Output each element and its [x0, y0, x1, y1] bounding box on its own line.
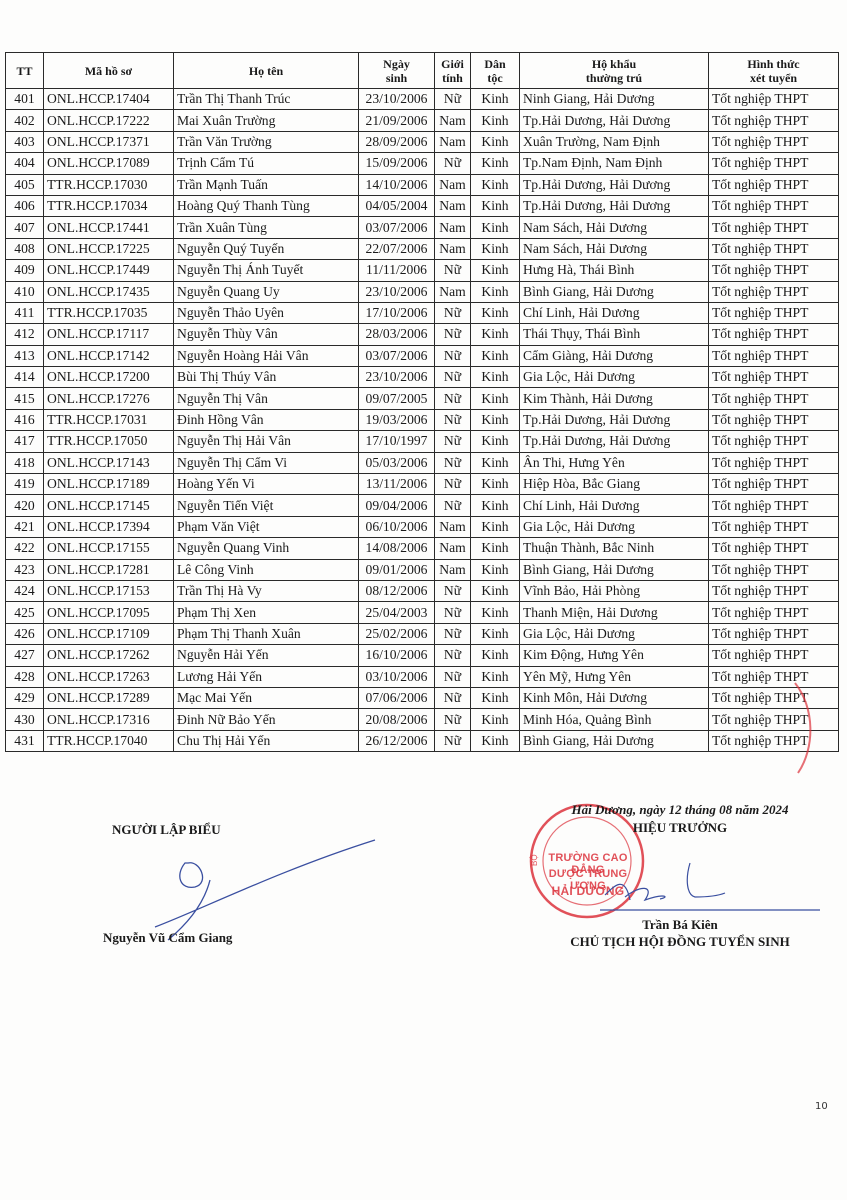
cell-sex: Nam: [435, 538, 471, 559]
header-address: Hộ khẩuthường trú: [520, 53, 709, 89]
cell-sex: Nam: [435, 281, 471, 302]
cell-sex: Nữ: [435, 474, 471, 495]
cell-name: Nguyễn Thị Vân: [174, 388, 359, 409]
place-and-date: Hải Dương, ngày 12 tháng 08 năm 2024: [540, 802, 820, 818]
cell-tt: 424: [6, 580, 44, 601]
table-row: 412ONL.HCCP.17117Nguyễn Thùy Vân28/03/20…: [6, 324, 839, 345]
cell-ethnicity: Kinh: [471, 238, 520, 259]
cell-tt: 405: [6, 174, 44, 195]
cell-address: Tp.Hải Dương, Hải Dương: [520, 409, 709, 430]
header-sex: Giớitính: [435, 53, 471, 89]
cell-sex: Nữ: [435, 302, 471, 323]
cell-method: Tốt nghiệp THPT: [709, 645, 839, 666]
table-row: 426ONL.HCCP.17109Phạm Thị Thanh Xuân25/0…: [6, 623, 839, 644]
cell-ethnicity: Kinh: [471, 345, 520, 366]
cell-sex: Nữ: [435, 602, 471, 623]
cell-dob: 17/10/1997: [359, 431, 435, 452]
cell-ethnicity: Kinh: [471, 559, 520, 580]
cell-code: TTR.HCCP.17030: [44, 174, 174, 195]
cell-name: Nguyễn Thảo Uyên: [174, 302, 359, 323]
cell-address: Tp.Nam Định, Nam Định: [520, 153, 709, 174]
table-row: 404ONL.HCCP.17089Trịnh Cẩm Tú15/09/2006N…: [6, 153, 839, 174]
cell-method: Tốt nghiệp THPT: [709, 495, 839, 516]
cell-name: Nguyễn Thị Ánh Tuyết: [174, 260, 359, 281]
cell-name: Phạm Văn Việt: [174, 516, 359, 537]
cell-address: Hưng Hà, Thái Bình: [520, 260, 709, 281]
cell-code: ONL.HCCP.17394: [44, 516, 174, 537]
cell-sex: Nữ: [435, 709, 471, 730]
cell-sex: Nam: [435, 516, 471, 537]
cell-ethnicity: Kinh: [471, 645, 520, 666]
cell-address: Cẩm Giàng, Hải Dương: [520, 345, 709, 366]
cell-code: ONL.HCCP.17143: [44, 452, 174, 473]
cell-address: Thuận Thành, Bắc Ninh: [520, 538, 709, 559]
principal-title: HIỆU TRƯỞNG: [540, 820, 820, 836]
cell-dob: 28/03/2006: [359, 324, 435, 345]
cell-tt: 422: [6, 538, 44, 559]
cell-tt: 423: [6, 559, 44, 580]
cell-code: ONL.HCCP.17404: [44, 89, 174, 110]
cell-tt: 425: [6, 602, 44, 623]
cell-method: Tốt nghiệp THPT: [709, 281, 839, 302]
cell-tt: 403: [6, 131, 44, 152]
table-row: 401ONL.HCCP.17404Trần Thị Thanh Trúc23/1…: [6, 89, 839, 110]
cell-ethnicity: Kinh: [471, 131, 520, 152]
cell-address: Bình Giang, Hải Dương: [520, 730, 709, 751]
cell-name: Nguyễn Hải Yến: [174, 645, 359, 666]
table-row: 419ONL.HCCP.17189Hoàng Yến Vi13/11/2006N…: [6, 474, 839, 495]
cell-dob: 11/11/2006: [359, 260, 435, 281]
cell-tt: 407: [6, 217, 44, 238]
cell-code: ONL.HCCP.17142: [44, 345, 174, 366]
cell-name: Trịnh Cẩm Tú: [174, 153, 359, 174]
cell-ethnicity: Kinh: [471, 409, 520, 430]
cell-address: Ninh Giang, Hải Dương: [520, 89, 709, 110]
cell-code: TTR.HCCP.17040: [44, 730, 174, 751]
cell-ethnicity: Kinh: [471, 89, 520, 110]
cell-address: Hiệp Hòa, Bắc Giang: [520, 474, 709, 495]
cell-code: ONL.HCCP.17153: [44, 580, 174, 601]
cell-tt: 426: [6, 623, 44, 644]
cell-name: Nguyễn Thị Hải Vân: [174, 431, 359, 452]
cell-name: Trần Mạnh Tuấn: [174, 174, 359, 195]
cell-address: Minh Hóa, Quảng Bình: [520, 709, 709, 730]
table-row: 422ONL.HCCP.17155Nguyễn Quang Vinh14/08/…: [6, 538, 839, 559]
cell-dob: 05/03/2006: [359, 452, 435, 473]
cell-ethnicity: Kinh: [471, 666, 520, 687]
cell-method: Tốt nghiệp THPT: [709, 602, 839, 623]
cell-ethnicity: Kinh: [471, 217, 520, 238]
cell-method: Tốt nghiệp THPT: [709, 367, 839, 388]
cell-sex: Nữ: [435, 388, 471, 409]
cell-dob: 14/10/2006: [359, 174, 435, 195]
cell-sex: Nữ: [435, 345, 471, 366]
header-name: Họ tên: [174, 53, 359, 89]
cell-method: Tốt nghiệp THPT: [709, 388, 839, 409]
cell-ethnicity: Kinh: [471, 730, 520, 751]
cell-tt: 404: [6, 153, 44, 174]
cell-ethnicity: Kinh: [471, 495, 520, 516]
cell-code: ONL.HCCP.17281: [44, 559, 174, 580]
cell-address: Gia Lộc, Hải Dương: [520, 367, 709, 388]
cell-method: Tốt nghiệp THPT: [709, 431, 839, 452]
cell-sex: Nam: [435, 195, 471, 216]
cell-sex: Nam: [435, 131, 471, 152]
cell-tt: 431: [6, 730, 44, 751]
cell-method: Tốt nghiệp THPT: [709, 538, 839, 559]
cell-dob: 20/08/2006: [359, 709, 435, 730]
cell-ethnicity: Kinh: [471, 474, 520, 495]
cell-dob: 21/09/2006: [359, 110, 435, 131]
cell-tt: 418: [6, 452, 44, 473]
cell-method: Tốt nghiệp THPT: [709, 709, 839, 730]
header-ethnicity: Dântộc: [471, 53, 520, 89]
cell-ethnicity: Kinh: [471, 687, 520, 708]
cell-ethnicity: Kinh: [471, 174, 520, 195]
cell-address: Bình Giang, Hải Dương: [520, 281, 709, 302]
svg-text:BỘ: BỘ: [530, 854, 539, 866]
cell-ethnicity: Kinh: [471, 538, 520, 559]
table-row: 406TTR.HCCP.17034Hoàng Quý Thanh Tùng04/…: [6, 195, 839, 216]
cell-dob: 25/04/2003: [359, 602, 435, 623]
cell-ethnicity: Kinh: [471, 623, 520, 644]
cell-name: Chu Thị Hải Yến: [174, 730, 359, 751]
cell-address: Tp.Hải Dương, Hải Dương: [520, 431, 709, 452]
cell-code: ONL.HCCP.17316: [44, 709, 174, 730]
cell-dob: 09/07/2005: [359, 388, 435, 409]
cell-method: Tốt nghiệp THPT: [709, 559, 839, 580]
cell-dob: 03/10/2006: [359, 666, 435, 687]
cell-method: Tốt nghiệp THPT: [709, 89, 839, 110]
cell-tt: 409: [6, 260, 44, 281]
cell-method: Tốt nghiệp THPT: [709, 153, 839, 174]
cell-sex: Nam: [435, 238, 471, 259]
cell-dob: 08/12/2006: [359, 580, 435, 601]
cell-address: Ân Thi, Hưng Yên: [520, 452, 709, 473]
cell-dob: 16/10/2006: [359, 645, 435, 666]
cell-name: Nguyễn Quang Vinh: [174, 538, 359, 559]
cell-sex: Nữ: [435, 260, 471, 281]
cell-address: Gia Lộc, Hải Dương: [520, 623, 709, 644]
table-row: 430ONL.HCCP.17316Đinh Nữ Bảo Yến20/08/20…: [6, 709, 839, 730]
cell-tt: 413: [6, 345, 44, 366]
cell-tt: 411: [6, 302, 44, 323]
cell-code: ONL.HCCP.17225: [44, 238, 174, 259]
cell-name: Nguyễn Hoàng Hải Vân: [174, 345, 359, 366]
cell-name: Phạm Thị Thanh Xuân: [174, 623, 359, 644]
cell-sex: Nữ: [435, 89, 471, 110]
cell-ethnicity: Kinh: [471, 580, 520, 601]
cell-code: ONL.HCCP.17276: [44, 388, 174, 409]
table-row: 423ONL.HCCP.17281Lê Công Vinh09/01/2006N…: [6, 559, 839, 580]
cell-name: Đinh Nữ Bảo Yến: [174, 709, 359, 730]
cell-name: Hoàng Yến Vi: [174, 474, 359, 495]
cell-dob: 17/10/2006: [359, 302, 435, 323]
cell-code: TTR.HCCP.17034: [44, 195, 174, 216]
cell-ethnicity: Kinh: [471, 709, 520, 730]
cell-tt: 414: [6, 367, 44, 388]
cell-code: ONL.HCCP.17263: [44, 666, 174, 687]
cell-name: Nguyễn Quý Tuyến: [174, 238, 359, 259]
cell-ethnicity: Kinh: [471, 281, 520, 302]
cell-dob: 23/10/2006: [359, 281, 435, 302]
table-row: 405TTR.HCCP.17030Trần Mạnh Tuấn14/10/200…: [6, 174, 839, 195]
table-row: 413ONL.HCCP.17142Nguyễn Hoàng Hải Vân03/…: [6, 345, 839, 366]
cell-sex: Nữ: [435, 687, 471, 708]
cell-dob: 14/08/2006: [359, 538, 435, 559]
cell-code: ONL.HCCP.17441: [44, 217, 174, 238]
header-dob: Ngàysinh: [359, 53, 435, 89]
cell-ethnicity: Kinh: [471, 388, 520, 409]
cell-code: TTR.HCCP.17031: [44, 409, 174, 430]
cell-dob: 23/10/2006: [359, 89, 435, 110]
header-tt: TT: [6, 53, 44, 89]
cell-method: Tốt nghiệp THPT: [709, 474, 839, 495]
cell-sex: Nữ: [435, 580, 471, 601]
cell-dob: 23/10/2006: [359, 367, 435, 388]
cell-dob: 26/12/2006: [359, 730, 435, 751]
cell-address: Vĩnh Bảo, Hải Phòng: [520, 580, 709, 601]
cell-ethnicity: Kinh: [471, 153, 520, 174]
cell-name: Mai Xuân Trường: [174, 110, 359, 131]
cell-ethnicity: Kinh: [471, 260, 520, 281]
principal-name: Trần Bá Kiên: [540, 917, 820, 933]
table-header-row: TT Mã hồ sơ Họ tên Ngàysinh Giớitính Dân…: [6, 53, 839, 89]
cell-name: Phạm Thị Xen: [174, 602, 359, 623]
cell-address: Nam Sách, Hải Dương: [520, 217, 709, 238]
cell-code: ONL.HCCP.17089: [44, 153, 174, 174]
cell-sex: Nữ: [435, 367, 471, 388]
cell-tt: 428: [6, 666, 44, 687]
header-code: Mã hồ sơ: [44, 53, 174, 89]
cell-dob: 13/11/2006: [359, 474, 435, 495]
table-row: 414ONL.HCCP.17200Bùi Thị Thúy Vân23/10/2…: [6, 367, 839, 388]
cell-method: Tốt nghiệp THPT: [709, 131, 839, 152]
cell-method: Tốt nghiệp THPT: [709, 409, 839, 430]
cell-code: ONL.HCCP.17155: [44, 538, 174, 559]
table-row: 431TTR.HCCP.17040Chu Thị Hải Yến26/12/20…: [6, 730, 839, 751]
table-row: 424ONL.HCCP.17153Trần Thị Hà Vy08/12/200…: [6, 580, 839, 601]
cell-method: Tốt nghiệp THPT: [709, 623, 839, 644]
cell-method: Tốt nghiệp THPT: [709, 452, 839, 473]
cell-tt: 408: [6, 238, 44, 259]
cell-code: ONL.HCCP.17117: [44, 324, 174, 345]
cell-tt: 402: [6, 110, 44, 131]
table-row: 410ONL.HCCP.17435Nguyễn Quang Uy23/10/20…: [6, 281, 839, 302]
cell-sex: Nữ: [435, 645, 471, 666]
cell-code: ONL.HCCP.17289: [44, 687, 174, 708]
cell-tt: 430: [6, 709, 44, 730]
cell-sex: Nữ: [435, 730, 471, 751]
cell-name: Lê Công Vinh: [174, 559, 359, 580]
cell-code: TTR.HCCP.17035: [44, 302, 174, 323]
cell-name: Trần Xuân Tùng: [174, 217, 359, 238]
cell-code: ONL.HCCP.17371: [44, 131, 174, 152]
cell-name: Nguyễn Quang Uy: [174, 281, 359, 302]
cell-tt: 406: [6, 195, 44, 216]
cell-method: Tốt nghiệp THPT: [709, 666, 839, 687]
table-row: 427ONL.HCCP.17262Nguyễn Hải Yến16/10/200…: [6, 645, 839, 666]
preparer-name: Nguyễn Vũ Cẩm Giang: [103, 930, 232, 946]
cell-method: Tốt nghiệp THPT: [709, 195, 839, 216]
cell-tt: 420: [6, 495, 44, 516]
cell-name: Nguyễn Tiến Việt: [174, 495, 359, 516]
cell-ethnicity: Kinh: [471, 516, 520, 537]
cell-method: Tốt nghiệp THPT: [709, 516, 839, 537]
cell-address: Tp.Hải Dương, Hải Dương: [520, 174, 709, 195]
cell-ethnicity: Kinh: [471, 367, 520, 388]
cell-tt: 419: [6, 474, 44, 495]
cell-name: Trần Văn Trường: [174, 131, 359, 152]
stamp-line-3: HẢI DƯƠNG: [540, 884, 636, 898]
cell-code: ONL.HCCP.17189: [44, 474, 174, 495]
cell-code: ONL.HCCP.17109: [44, 623, 174, 644]
cell-ethnicity: Kinh: [471, 431, 520, 452]
cell-tt: 401: [6, 89, 44, 110]
cell-method: Tốt nghiệp THPT: [709, 580, 839, 601]
cell-sex: Nam: [435, 110, 471, 131]
cell-tt: 427: [6, 645, 44, 666]
cell-address: Yên Mỹ, Hưng Yên: [520, 666, 709, 687]
cell-sex: Nam: [435, 559, 471, 580]
cell-ethnicity: Kinh: [471, 602, 520, 623]
cell-dob: 19/03/2006: [359, 409, 435, 430]
principal-role: CHỦ TỊCH HỘI ĐỒNG TUYỂN SINH: [540, 934, 820, 950]
cell-dob: 04/05/2004: [359, 195, 435, 216]
table-row: 416TTR.HCCP.17031Đinh Hồng Vân19/03/2006…: [6, 409, 839, 430]
cell-method: Tốt nghiệp THPT: [709, 217, 839, 238]
cell-ethnicity: Kinh: [471, 452, 520, 473]
cell-tt: 410: [6, 281, 44, 302]
cell-address: Nam Sách, Hải Dương: [520, 238, 709, 259]
cell-sex: Nữ: [435, 666, 471, 687]
table-row: 425ONL.HCCP.17095Phạm Thị Xen25/04/2003N…: [6, 602, 839, 623]
cell-address: Thanh Miện, Hải Dương: [520, 602, 709, 623]
cell-name: Trần Thị Hà Vy: [174, 580, 359, 601]
table-row: 402ONL.HCCP.17222Mai Xuân Trường21/09/20…: [6, 110, 839, 131]
cell-tt: 421: [6, 516, 44, 537]
cell-sex: Nữ: [435, 431, 471, 452]
cell-ethnicity: Kinh: [471, 324, 520, 345]
cell-ethnicity: Kinh: [471, 195, 520, 216]
admission-roster-table: TT Mã hồ sơ Họ tên Ngàysinh Giớitính Dân…: [5, 52, 839, 752]
cell-method: Tốt nghiệp THPT: [709, 260, 839, 281]
cell-code: ONL.HCCP.17200: [44, 367, 174, 388]
cell-name: Trần Thị Thanh Trúc: [174, 89, 359, 110]
cell-method: Tốt nghiệp THPT: [709, 238, 839, 259]
header-method: Hình thứcxét tuyển: [709, 53, 839, 89]
cell-tt: 429: [6, 687, 44, 708]
cell-name: Nguyễn Thị Cẩm Vi: [174, 452, 359, 473]
cell-code: ONL.HCCP.17095: [44, 602, 174, 623]
cell-code: ONL.HCCP.17449: [44, 260, 174, 281]
table-body: 401ONL.HCCP.17404Trần Thị Thanh Trúc23/1…: [6, 89, 839, 752]
cell-method: Tốt nghiệp THPT: [709, 345, 839, 366]
table-row: 415ONL.HCCP.17276Nguyễn Thị Vân09/07/200…: [6, 388, 839, 409]
cell-address: Xuân Trường, Nam Định: [520, 131, 709, 152]
table-row: 418ONL.HCCP.17143Nguyễn Thị Cẩm Vi05/03/…: [6, 452, 839, 473]
cell-sex: Nữ: [435, 324, 471, 345]
table-row: 411TTR.HCCP.17035Nguyễn Thảo Uyên17/10/2…: [6, 302, 839, 323]
cell-sex: Nữ: [435, 153, 471, 174]
cell-address: Kinh Môn, Hải Dương: [520, 687, 709, 708]
cell-dob: 07/06/2006: [359, 687, 435, 708]
cell-code: TTR.HCCP.17050: [44, 431, 174, 452]
cell-dob: 03/07/2006: [359, 345, 435, 366]
cell-address: Chí Linh, Hải Dương: [520, 495, 709, 516]
cell-dob: 06/10/2006: [359, 516, 435, 537]
cell-code: ONL.HCCP.17145: [44, 495, 174, 516]
cell-sex: Nam: [435, 174, 471, 195]
cell-name: Bùi Thị Thúy Vân: [174, 367, 359, 388]
cell-address: Kim Động, Hưng Yên: [520, 645, 709, 666]
cell-sex: Nữ: [435, 623, 471, 644]
cell-tt: 417: [6, 431, 44, 452]
cell-method: Tốt nghiệp THPT: [709, 110, 839, 131]
table-row: 429ONL.HCCP.17289Mạc Mai Yến07/06/2006Nữ…: [6, 687, 839, 708]
cell-method: Tốt nghiệp THPT: [709, 302, 839, 323]
cell-address: Tp.Hải Dương, Hải Dương: [520, 195, 709, 216]
cell-dob: 09/04/2006: [359, 495, 435, 516]
cell-sex: Nữ: [435, 452, 471, 473]
cell-code: ONL.HCCP.17262: [44, 645, 174, 666]
cell-tt: 415: [6, 388, 44, 409]
cell-method: Tốt nghiệp THPT: [709, 174, 839, 195]
cell-name: Nguyễn Thùy Vân: [174, 324, 359, 345]
cell-address: Chí Linh, Hải Dương: [520, 302, 709, 323]
cell-name: Hoàng Quý Thanh Tùng: [174, 195, 359, 216]
table-row: 417TTR.HCCP.17050Nguyễn Thị Hải Vân17/10…: [6, 431, 839, 452]
preparer-title: NGƯỜI LẬP BIỂU: [112, 822, 221, 838]
cell-dob: 03/07/2006: [359, 217, 435, 238]
cell-method: Tốt nghiệp THPT: [709, 687, 839, 708]
cell-tt: 416: [6, 409, 44, 430]
cell-address: Gia Lộc, Hải Dương: [520, 516, 709, 537]
table-row: 407ONL.HCCP.17441Trần Xuân Tùng03/07/200…: [6, 217, 839, 238]
cell-method: Tốt nghiệp THPT: [709, 730, 839, 751]
cell-ethnicity: Kinh: [471, 302, 520, 323]
preparer-signature-icon: [150, 835, 380, 945]
cell-ethnicity: Kinh: [471, 110, 520, 131]
cell-sex: Nữ: [435, 409, 471, 430]
page-number: 10: [815, 1101, 828, 1112]
cell-address: Thái Thụy, Thái Bình: [520, 324, 709, 345]
cell-name: Lương Hải Yến: [174, 666, 359, 687]
cell-dob: 22/07/2006: [359, 238, 435, 259]
cell-address: Tp.Hải Dương, Hải Dương: [520, 110, 709, 131]
cell-dob: 15/09/2006: [359, 153, 435, 174]
cell-sex: Nam: [435, 217, 471, 238]
cell-dob: 25/02/2006: [359, 623, 435, 644]
table-row: 403ONL.HCCP.17371Trần Văn Trường28/09/20…: [6, 131, 839, 152]
table-row: 408ONL.HCCP.17225Nguyễn Quý Tuyến22/07/2…: [6, 238, 839, 259]
cell-method: Tốt nghiệp THPT: [709, 324, 839, 345]
cell-name: Đinh Hồng Vân: [174, 409, 359, 430]
cell-name: Mạc Mai Yến: [174, 687, 359, 708]
table-row: 428ONL.HCCP.17263Lương Hải Yến03/10/2006…: [6, 666, 839, 687]
cell-address: Kim Thành, Hải Dương: [520, 388, 709, 409]
cell-code: ONL.HCCP.17222: [44, 110, 174, 131]
table-row: 420ONL.HCCP.17145Nguyễn Tiến Việt09/04/2…: [6, 495, 839, 516]
cell-dob: 09/01/2006: [359, 559, 435, 580]
table-row: 409ONL.HCCP.17449Nguyễn Thị Ánh Tuyết11/…: [6, 260, 839, 281]
cell-dob: 28/09/2006: [359, 131, 435, 152]
cell-address: Bình Giang, Hải Dương: [520, 559, 709, 580]
cell-sex: Nữ: [435, 495, 471, 516]
table-row: 421ONL.HCCP.17394Phạm Văn Việt06/10/2006…: [6, 516, 839, 537]
cell-code: ONL.HCCP.17435: [44, 281, 174, 302]
cell-tt: 412: [6, 324, 44, 345]
